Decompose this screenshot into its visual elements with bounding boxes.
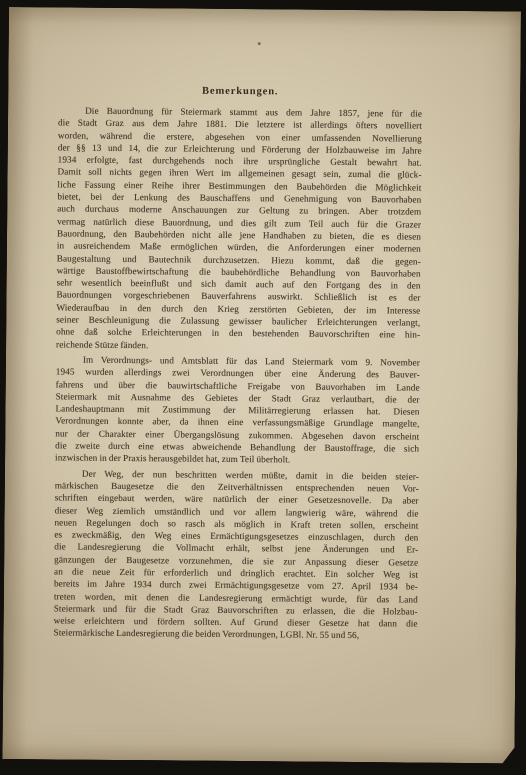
document-page: Bemerkungen. Die Bauordnung für Steierma… <box>2 7 521 763</box>
text-line: Steiermärkische Landesregierung die beid… <box>53 627 417 642</box>
scan-speck <box>258 42 261 45</box>
paragraph: Im Verordnungs- und Amtsblatt für das La… <box>55 353 420 467</box>
scan-background: Bemerkungen. Die Bauordnung für Steierma… <box>0 0 526 775</box>
text-block: Die Bauordnung für Steiermark stammt aus… <box>53 104 422 642</box>
paragraph: Die Bauordnung für Steiermark stammt aus… <box>56 104 422 353</box>
page-title: Bemerkungen. <box>58 84 422 98</box>
paragraph: Der Weg, der nun beschritten werden müßt… <box>53 467 418 642</box>
